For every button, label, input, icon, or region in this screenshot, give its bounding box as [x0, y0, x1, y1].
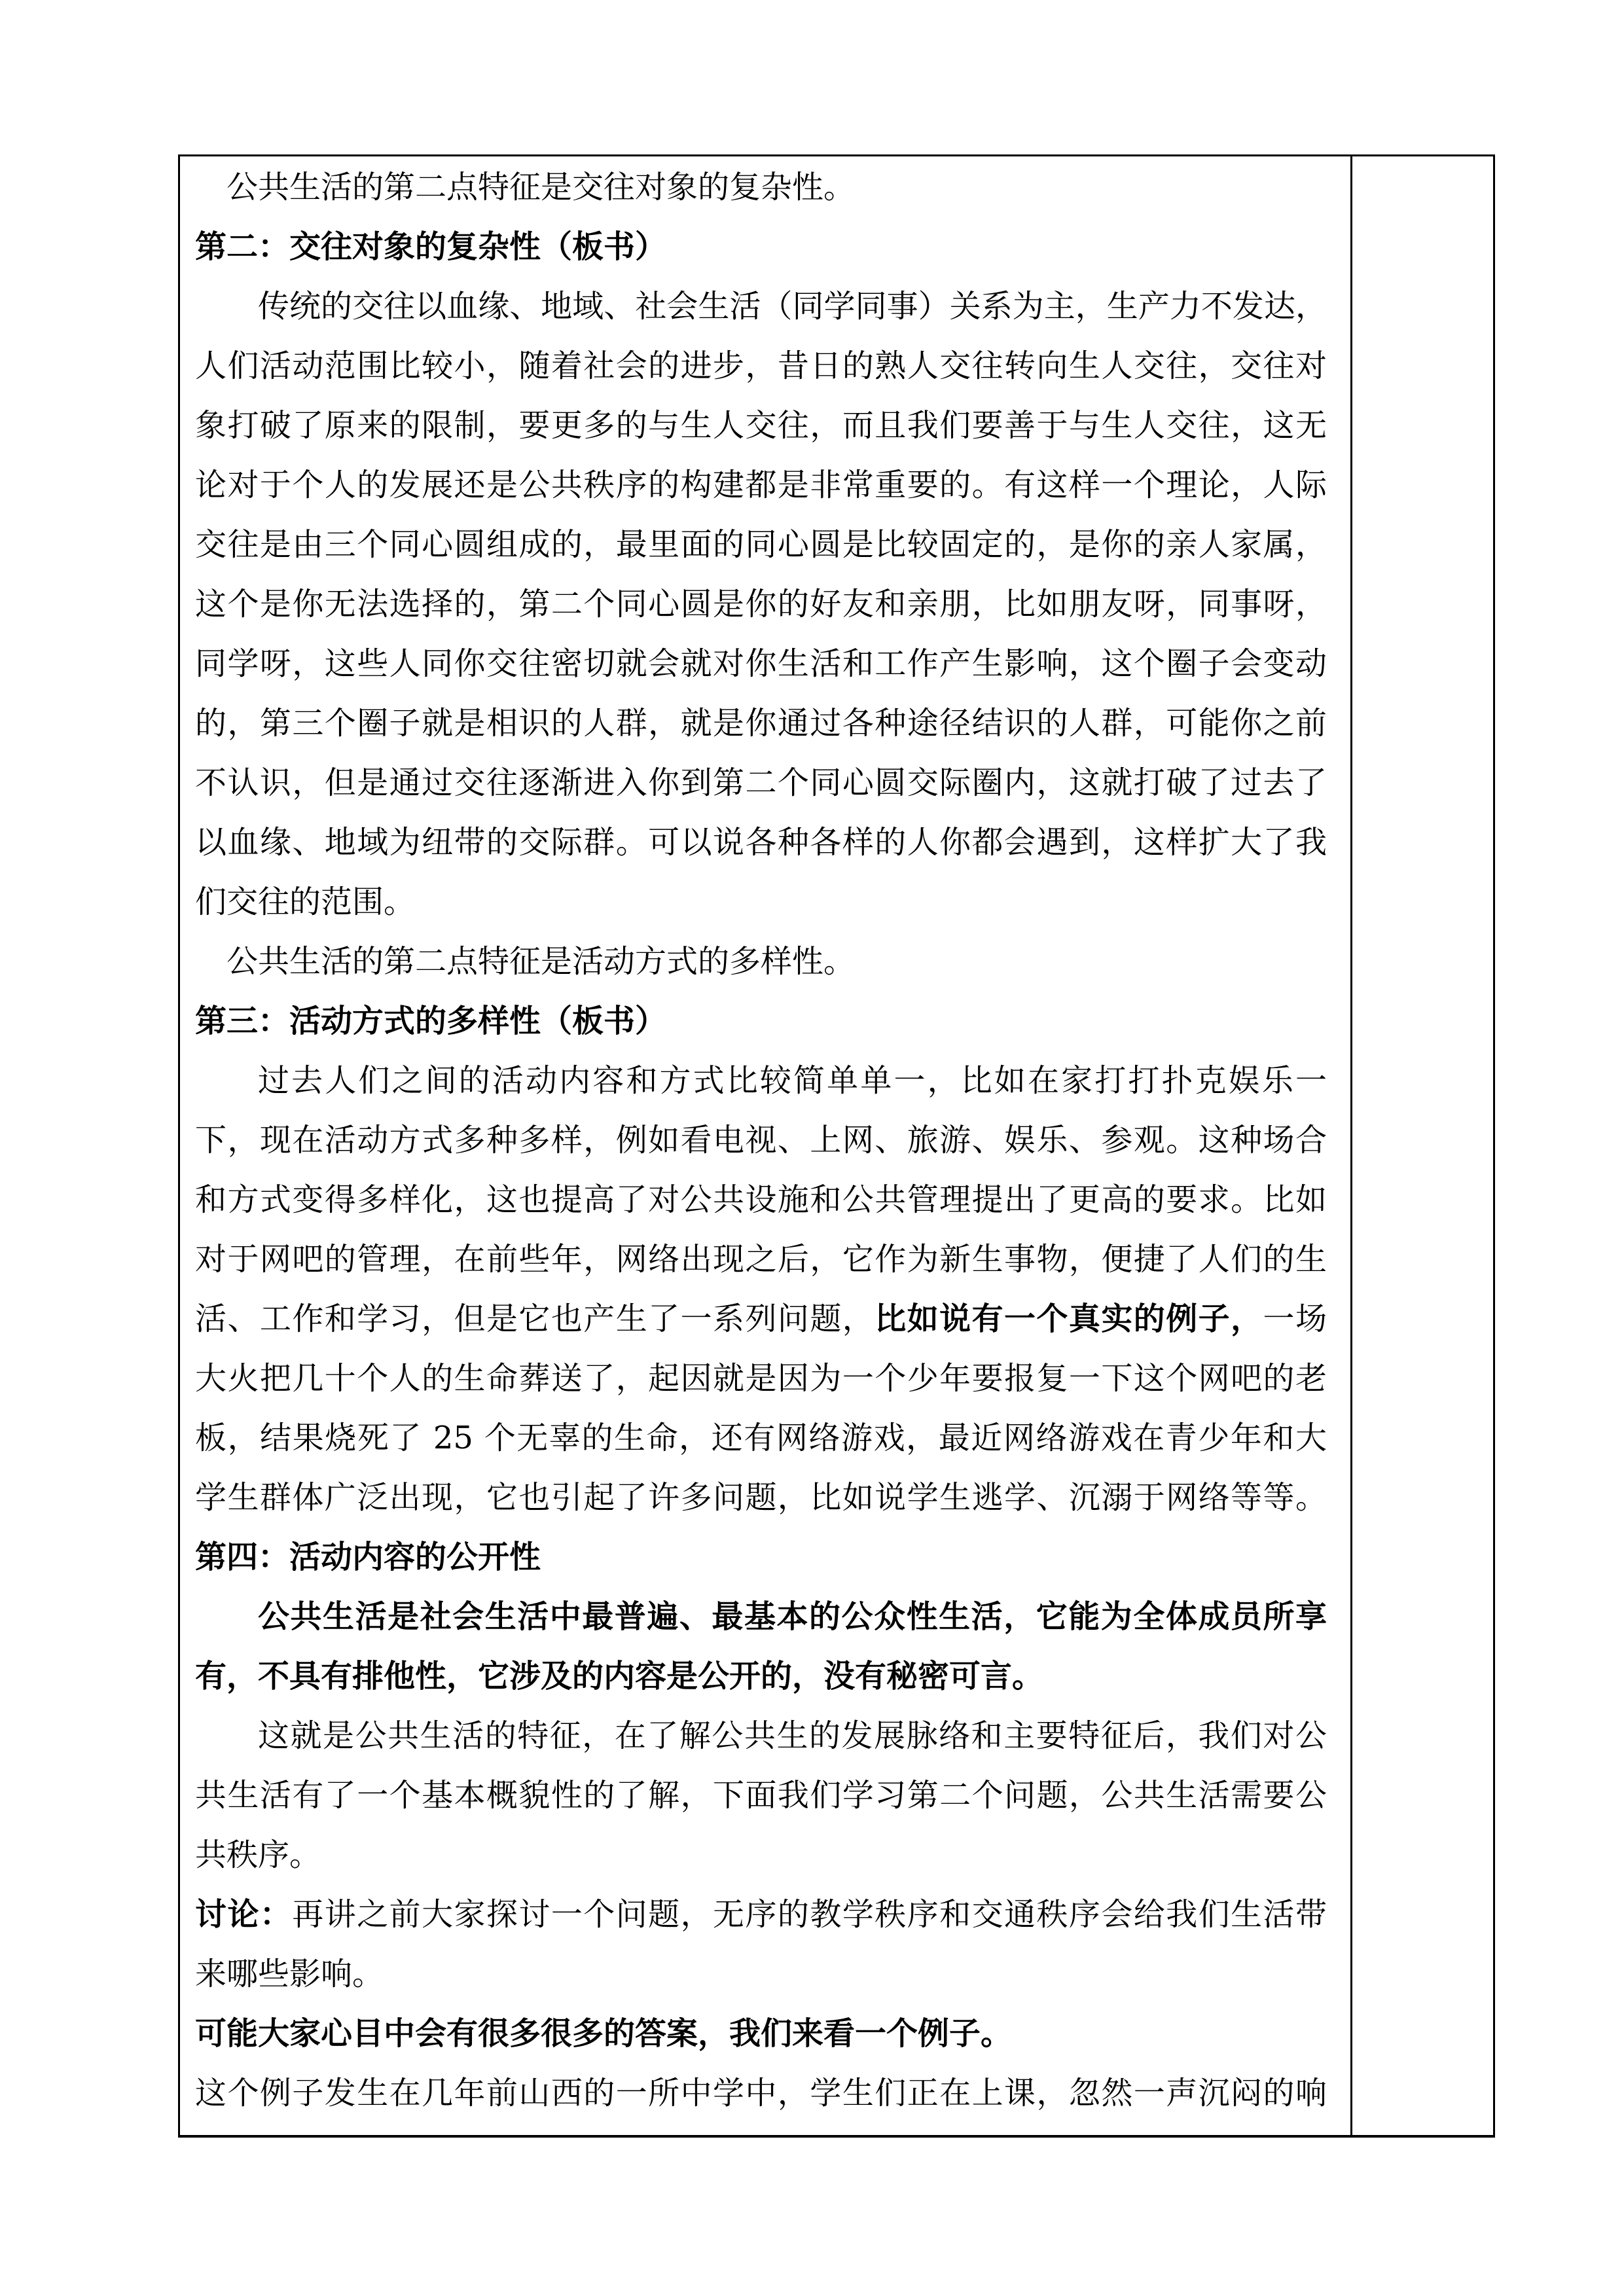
text-line: 的，第三个圈子就是相识的人群，就是你通过各种途径结识的人群，可能你之前 — [195, 694, 1327, 753]
text-line: 下，现在活动方式多种多样，例如看电视、上网、旅游、娱乐、参观。这种场合 — [195, 1111, 1327, 1170]
text-line: 象打破了原来的限制，要更多的与生人交往，而且我们要善于与生人交往，这无 — [195, 396, 1327, 456]
text-line: 过去人们之间的活动内容和方式比较简单单一，比如在家打打扑克娱乐一 — [195, 1051, 1327, 1111]
text-segment: 人们活动范围比较小，随着社会的进步，昔日的熟人交往转向生人交往，交往对 — [195, 348, 1327, 384]
bold-text-segment: 可能大家心目中会有很多很多的答案，我们来看一个例子。 — [195, 2015, 1012, 2052]
text-line: 同学呀，这些人同你交往密切就会就对你生活和工作产生影响，这个圈子会变动 — [195, 634, 1327, 694]
text-line: 活、工作和学习，但是它也产生了一系列问题，比如说有一个真实的例子，一场 — [195, 1289, 1327, 1349]
text-line: 这个是你无法选择的，第二个同心圆是你的好友和亲朋，比如朋友呀，同事呀， — [195, 575, 1327, 634]
text-segment: 传统的交往以血缘、地域、社会生活（同学同事）关系为主，生产力不发达， — [258, 288, 1327, 325]
text-line: 以血缘、地域为纽带的交际群。可以说各种各样的人你都会遇到，这样扩大了我 — [195, 813, 1327, 872]
text-line: 和方式变得多样化，这也提高了对公共设施和公共管理提出了更高的要求。比如 — [195, 1170, 1327, 1230]
bold-text-segment: 比如说有一个真实的例子， — [875, 1300, 1263, 1337]
text-line: 交往是由三个同心圆组成的，最里面的同心圆是比较固定的，是你的亲人家属， — [195, 515, 1327, 575]
text-line: 讨论：再讲之前大家探讨一个问题，无序的教学秩序和交通秩序会给我们生活带 — [195, 1885, 1327, 1945]
text-segment: 过去人们之间的活动内容和方式比较简单单一，比如在家打打扑克娱乐一 — [258, 1062, 1327, 1099]
text-segment: 交往是由三个同心圆组成的，最里面的同心圆是比较固定的，是你的亲人家属， — [195, 526, 1327, 563]
text-segment: 论对于个人的发展还是公共秩序的构建都是非常重要的。有这样一个理论，人际 — [195, 467, 1327, 503]
text-line: 第四：活动内容的公开性 — [195, 1528, 1327, 1587]
text-line: 共秩序。 — [195, 1825, 1327, 1885]
text-segment: 共秩序。 — [195, 1837, 321, 1873]
bold-text-segment: 有，不具有排他性，它涉及的内容是公开的，没有秘密可言。 — [195, 1658, 1043, 1695]
text-segment: 这个是你无法选择的，第二个同心圆是你的好友和亲朋，比如朋友呀，同事呀， — [195, 586, 1327, 622]
text-segment: 活、工作和学习，但是它也产生了一系列问题， — [195, 1300, 875, 1337]
text-line: 有，不具有排他性，它涉及的内容是公开的，没有秘密可言。 — [195, 1647, 1327, 1706]
text-segment: 的，第三个圈子就是相识的人群，就是你通过各种途径结识的人群，可能你之前 — [195, 705, 1327, 742]
text-line: 来哪些影响。 — [195, 1945, 1327, 2004]
text-segment: 象打破了原来的限制，要更多的与生人交往，而且我们要善于与生人交往，这无 — [195, 407, 1327, 444]
text-line: 大火把几十个人的生命葬送了，起因就是因为一个少年要报复一下这个网吧的老 — [195, 1349, 1327, 1408]
text-line: 对于网吧的管理，在前些年，网络出现之后，它作为新生事物，便捷了人们的生 — [195, 1230, 1327, 1289]
text-line: 论对于个人的发展还是公共秩序的构建都是非常重要的。有这样一个理论，人际 — [195, 456, 1327, 515]
remarks-column — [1350, 156, 1493, 2135]
text-line: 这就是公共生活的特征，在了解公共生的发展脉络和主要特征后，我们对公 — [195, 1706, 1327, 1766]
text-line: 公共生活是社会生活中最普遍、最基本的公众性生活，它能为全体成员所享 — [195, 1587, 1327, 1647]
text-segment: 和方式变得多样化，这也提高了对公共设施和公共管理提出了更高的要求。比如 — [195, 1181, 1327, 1218]
text-segment: 这个例子发生在几年前山西的一所中学中，学生们正在上课，忽然一声沉闷的响 — [195, 2075, 1327, 2111]
text-segment: 一场 — [1263, 1300, 1327, 1337]
bold-text-segment: 公共生活是社会生活中最普遍、最基本的公众性生活，它能为全体成员所享 — [258, 1598, 1327, 1635]
text-segment: 学生群体广泛出现，它也引起了许多问题，比如说学生逃学、沉溺于网络等等。 — [195, 1479, 1327, 1516]
text-segment: 共生活有了一个基本概貌性的了解，下面我们学习第二个问题，公共生活需要公 — [195, 1777, 1327, 1814]
text-segment: 公共生活的第二点特征是交往对象的复杂性。 — [226, 169, 855, 206]
text-line: 公共生活的第二点特征是活动方式的多样性。 — [195, 932, 1327, 992]
text-segment: 以血缘、地域为纽带的交际群。可以说各种各样的人你都会遇到，这样扩大了我 — [195, 824, 1327, 861]
text-line: 传统的交往以血缘、地域、社会生活（同学同事）关系为主，生产力不发达， — [195, 277, 1327, 336]
text-line: 第二：交往对象的复杂性（板书） — [195, 217, 1327, 277]
bold-text-segment: 第三：活动方式的多样性（板书） — [195, 1003, 666, 1039]
text-line: 板，结果烧死了 25 个无辜的生命，还有网络游戏，最近网络游戏在青少年和大 — [195, 1408, 1327, 1468]
text-segment: 同学呀，这些人同你交往密切就会就对你生活和工作产生影响，这个圈子会变动 — [195, 645, 1327, 682]
text-line: 们交往的范围。 — [195, 872, 1327, 932]
text-segment: 来哪些影响。 — [195, 1956, 384, 1992]
text-line: 第三：活动方式的多样性（板书） — [195, 992, 1327, 1051]
text-segment: 不认识，但是通过交往逐渐进入你到第二个同心圆交际圈内，这就打破了过去了 — [195, 764, 1327, 801]
text-segment: 们交往的范围。 — [195, 884, 415, 920]
text-segment: 公共生活的第二点特征是活动方式的多样性。 — [226, 943, 855, 980]
lesson-plan-text-cell: 公共生活的第二点特征是交往对象的复杂性。第二：交往对象的复杂性（板书）传统的交往… — [180, 156, 1350, 2135]
lesson-plan-table: 公共生活的第二点特征是交往对象的复杂性。第二：交往对象的复杂性（板书）传统的交往… — [178, 154, 1495, 2138]
text-line: 学生群体广泛出现，它也引起了许多问题，比如说学生逃学、沉溺于网络等等。 — [195, 1468, 1327, 1528]
text-line: 可能大家心目中会有很多很多的答案，我们来看一个例子。 — [195, 2004, 1327, 2064]
text-line: 共生活有了一个基本概貌性的了解，下面我们学习第二个问题，公共生活需要公 — [195, 1766, 1327, 1825]
text-line: 人们活动范围比较小，随着社会的进步，昔日的熟人交往转向生人交往，交往对 — [195, 336, 1327, 396]
text-line: 这个例子发生在几年前山西的一所中学中，学生们正在上课，忽然一声沉闷的响 — [195, 2064, 1327, 2123]
text-segment: 下，现在活动方式多种多样，例如看电视、上网、旅游、娱乐、参观。这种场合 — [195, 1122, 1327, 1158]
bold-text-segment: 第四：活动内容的公开性 — [195, 1539, 541, 1575]
text-segment: 对于网吧的管理，在前些年，网络出现之后，它作为新生事物，便捷了人们的生 — [195, 1241, 1327, 1278]
text-segment: 这就是公共生活的特征，在了解公共生的发展脉络和主要特征后，我们对公 — [258, 1717, 1327, 1754]
text-line: 不认识，但是通过交往逐渐进入你到第二个同心圆交际圈内，这就打破了过去了 — [195, 753, 1327, 813]
bold-text-segment: 讨论： — [195, 1896, 292, 1933]
text-segment: 板，结果烧死了 25 个无辜的生命，还有网络游戏，最近网络游戏在青少年和大 — [195, 1420, 1327, 1456]
text-line: 公共生活的第二点特征是交往对象的复杂性。 — [195, 158, 1327, 217]
bold-text-segment: 第二：交往对象的复杂性（板书） — [195, 228, 666, 265]
text-segment: 再讲之前大家探讨一个问题，无序的教学秩序和交通秩序会给我们生活带 — [292, 1896, 1327, 1933]
text-segment: 大火把几十个人的生命葬送了，起因就是因为一个少年要报复一下这个网吧的老 — [195, 1360, 1327, 1397]
